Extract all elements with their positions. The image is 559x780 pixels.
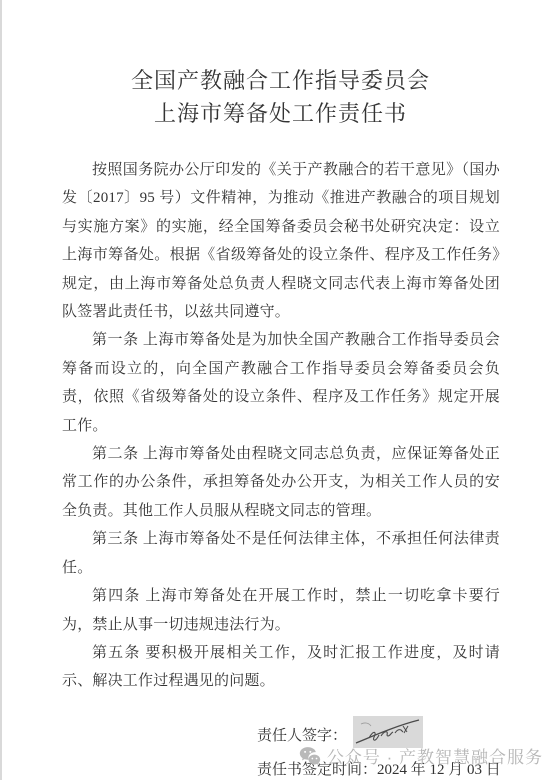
paragraph-article-2: 第二条 上海市筹备处由程晓文同志总负责，应保证筹备处正常工作的办公条件，承担筹备… (62, 440, 500, 525)
wechat-footer: 公众号 · 产教智慧融合服务 (299, 743, 543, 768)
wechat-footer-label: 公众号 · 产教智慧融合服务 (327, 743, 543, 768)
document-title-line1: 全国产教融合工作指导委员会 (2, 64, 559, 97)
paragraph-article-5: 第五条 要积极开展相关工作，及时汇报工作进度，及时请示、解决工作过程遇见的问题。 (62, 639, 500, 696)
document-title-line2: 上海市筹备处工作责任书 (2, 97, 559, 130)
document-page: 全国产教融合工作指导委员会 上海市筹备处工作责任书 按照国务院办公厅印发的《关于… (0, 0, 559, 780)
document-title: 全国产教融合工作指导委员会 上海市筹备处工作责任书 (2, 64, 559, 130)
document-body: 按照国务院办公厅印发的《关于产教融合的若干意见》（国办发〔2017〕95 号）文… (62, 156, 500, 696)
paragraph-article-1: 第一条 上海市筹备处是为加快全国产教融合工作指导委员会筹备而设立的，向全国产教融… (62, 326, 500, 440)
paragraph-article-3: 第三条 上海市筹备处不是任何法律主体，不承担任何法律责任。 (62, 525, 500, 582)
wechat-icon (299, 746, 321, 766)
paragraph-article-4: 第四条 上海市筹备处在开展工作时，禁止一切吃拿卡要行为，禁止从事一切违规违法行为… (62, 582, 500, 639)
paragraph-preamble: 按照国务院办公厅印发的《关于产教融合的若干意见》（国办发〔2017〕95 号）文… (62, 156, 500, 326)
